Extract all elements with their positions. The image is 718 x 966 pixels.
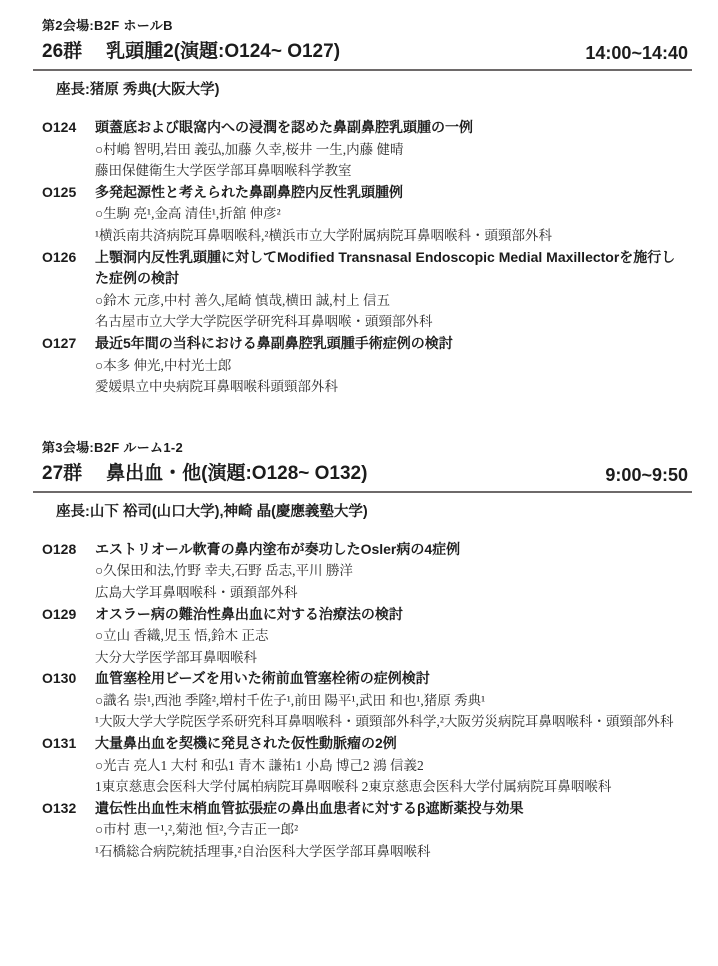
presentation-affiliation: ¹石橋総合病院統括理事,²自治医科大学医学部耳鼻咽喉科	[95, 841, 688, 863]
presentation-id: O131	[42, 733, 95, 755]
presentation-entry: O125 多発起源性と考えられた鼻副鼻腔内反性乳頭腫例 ○生駒 亮¹,金高 清佳…	[42, 182, 688, 247]
presentation-authors: ○本多 伸光,中村光士郎	[95, 355, 688, 377]
presentation-title: オスラー病の難治性鼻出血に対する治療法の検討	[95, 604, 688, 626]
header-divider	[33, 69, 692, 71]
presentation-id: O124	[42, 117, 95, 139]
presentation-title: 頭蓋底および眼窩内への浸潤を認めた鼻副鼻腔乳頭腫の一例	[95, 117, 688, 139]
presentation-title: 遺伝性出血性末梢血管拡張症の鼻出血患者に対するβ遮断薬投与効果	[95, 798, 688, 820]
presentation-entry: O124 頭蓋底および眼窩内への浸潤を認めた鼻副鼻腔乳頭腫の一例 ○村嶋 智明,…	[42, 117, 688, 182]
chair-line: 座長:猪原 秀典(大阪大学)	[56, 80, 688, 100]
session-title: 鼻出血・他(演題:O128~ O132)	[106, 463, 367, 484]
presentation-content: 遺伝性出血性末梢血管拡張症の鼻出血患者に対するβ遮断薬投与効果 ○市村 恵一¹,…	[95, 798, 688, 863]
chair-line: 座長:山下 裕司(山口大学),神崎 晶(慶應義塾大学)	[56, 502, 688, 522]
presentation-title: 最近5年間の当科における鼻副鼻腔乳頭腫手術症例の検討	[95, 333, 688, 355]
presentation-id: O132	[42, 798, 95, 820]
presentation-authors: ○生駒 亮¹,金高 清佳¹,折舘 伸彦²	[95, 203, 688, 225]
header-divider	[33, 491, 692, 493]
presentation-title: 大量鼻出血を契機に発見された仮性動脈瘤の2例	[95, 733, 688, 755]
presentation-content: 最近5年間の当科における鼻副鼻腔乳頭腫手術症例の検討 ○本多 伸光,中村光士郎 …	[95, 333, 688, 398]
presentation-list: O128 エストリオール軟膏の鼻内塗布が奏功したOsler病の4症例 ○久保田和…	[42, 539, 688, 863]
session-block-27: 第3会場:B2F ルーム1-2 27群鼻出血・他(演題:O128~ O132) …	[42, 438, 688, 863]
session-title-line: 26群乳頭腫2(演題:O124~ O127)	[42, 39, 340, 66]
session-header: 26群乳頭腫2(演題:O124~ O127) 14:00~14:40	[42, 39, 688, 66]
session-title: 乳頭腫2(演題:O124~ O127)	[106, 41, 340, 62]
presentation-id: O126	[42, 247, 95, 269]
presentation-entry: O129 オスラー病の難治性鼻出血に対する治療法の検討 ○立山 香織,児玉 悟,…	[42, 604, 688, 669]
session-header: 27群鼻出血・他(演題:O128~ O132) 9:00~9:50	[42, 461, 688, 488]
presentation-title: 上顎洞内反性乳頭腫に対してModified Transnasal Endosco…	[95, 247, 688, 290]
presentation-affiliation: 名古屋市立大学大学院医学研究科耳鼻咽喉・頭頸部外科	[95, 311, 688, 333]
presentation-id: O128	[42, 539, 95, 561]
presentation-content: 上顎洞内反性乳頭腫に対してModified Transnasal Endosco…	[95, 247, 688, 333]
presentation-affiliation: 1東京慈恵会医科大学付属柏病院耳鼻咽喉科 2東京慈恵会医科大学付属病院耳鼻咽喉科	[95, 776, 688, 798]
presentation-entry: O128 エストリオール軟膏の鼻内塗布が奏功したOsler病の4症例 ○久保田和…	[42, 539, 688, 604]
presentation-content: 大量鼻出血を契機に発見された仮性動脈瘤の2例 ○光吉 亮人1 大村 和弘1 青木…	[95, 733, 688, 798]
presentation-content: 血管塞栓用ビーズを用いた術前血管塞栓術の症例検討 ○識名 崇¹,西池 季隆²,増…	[95, 668, 688, 733]
session-group: 26群	[42, 41, 82, 62]
venue-label: 第3会場:B2F ルーム1-2	[42, 438, 688, 457]
presentation-authors: ○光吉 亮人1 大村 和弘1 青木 謙祐1 小島 博己2 鴻 信義2	[95, 755, 688, 777]
presentation-entry: O127 最近5年間の当科における鼻副鼻腔乳頭腫手術症例の検討 ○本多 伸光,中…	[42, 333, 688, 398]
presentation-content: エストリオール軟膏の鼻内塗布が奏功したOsler病の4症例 ○久保田和法,竹野 …	[95, 539, 688, 604]
presentation-authors: ○立山 香織,児玉 悟,鈴木 正志	[95, 625, 688, 647]
conference-program-page: 第2会場:B2F ホールB 26群乳頭腫2(演題:O124~ O127) 14:…	[0, 0, 718, 863]
presentation-content: 多発起源性と考えられた鼻副鼻腔内反性乳頭腫例 ○生駒 亮¹,金高 清佳¹,折舘 …	[95, 182, 688, 247]
presentation-affiliation: 藤田保健衛生大学医学部耳鼻咽喉科学教室	[95, 160, 688, 182]
session-time: 14:00~14:40	[585, 40, 688, 66]
presentation-id: O129	[42, 604, 95, 626]
presentation-entry: O126 上顎洞内反性乳頭腫に対してModified Transnasal En…	[42, 247, 688, 333]
session-time: 9:00~9:50	[605, 462, 688, 488]
presentation-entry: O130 血管塞栓用ビーズを用いた術前血管塞栓術の症例検討 ○識名 崇¹,西池 …	[42, 668, 688, 733]
presentation-id: O130	[42, 668, 95, 690]
presentation-id: O125	[42, 182, 95, 204]
presentation-affiliation: ¹大阪大学大学院医学系研究科耳鼻咽喉科・頭頸部外科学,²大阪労災病院耳鼻咽喉科・…	[95, 711, 688, 733]
presentation-authors: ○市村 恵一¹,²,菊池 恒²,今吉正一郎²	[95, 819, 688, 841]
presentation-authors: ○鈴木 元彦,中村 善久,尾崎 慎哉,横田 誠,村上 信五	[95, 290, 688, 312]
presentation-affiliation: ¹横浜南共済病院耳鼻咽喉科,²横浜市立大学附属病院耳鼻咽喉科・頭頸部外科	[95, 225, 688, 247]
presentation-affiliation: 愛媛県立中央病院耳鼻咽喉科頭頸部外科	[95, 376, 688, 398]
presentation-id: O127	[42, 333, 95, 355]
presentation-content: オスラー病の難治性鼻出血に対する治療法の検討 ○立山 香織,児玉 悟,鈴木 正志…	[95, 604, 688, 669]
presentation-title: エストリオール軟膏の鼻内塗布が奏功したOsler病の4症例	[95, 539, 688, 561]
presentation-entry: O131 大量鼻出血を契機に発見された仮性動脈瘤の2例 ○光吉 亮人1 大村 和…	[42, 733, 688, 798]
presentation-title: 多発起源性と考えられた鼻副鼻腔内反性乳頭腫例	[95, 182, 688, 204]
presentation-list: O124 頭蓋底および眼窩内への浸潤を認めた鼻副鼻腔乳頭腫の一例 ○村嶋 智明,…	[42, 117, 688, 398]
session-title-line: 27群鼻出血・他(演題:O128~ O132)	[42, 461, 367, 488]
session-group: 27群	[42, 463, 82, 484]
presentation-entry: O132 遺伝性出血性末梢血管拡張症の鼻出血患者に対するβ遮断薬投与効果 ○市村…	[42, 798, 688, 863]
session-block-26: 第2会場:B2F ホールB 26群乳頭腫2(演題:O124~ O127) 14:…	[42, 16, 688, 398]
presentation-title: 血管塞栓用ビーズを用いた術前血管塞栓術の症例検討	[95, 668, 688, 690]
venue-label: 第2会場:B2F ホールB	[42, 16, 688, 35]
presentation-content: 頭蓋底および眼窩内への浸潤を認めた鼻副鼻腔乳頭腫の一例 ○村嶋 智明,岩田 義弘…	[95, 117, 688, 182]
presentation-affiliation: 広島大学耳鼻咽喉科・頭頚部外科	[95, 582, 688, 604]
presentation-authors: ○村嶋 智明,岩田 義弘,加藤 久幸,桜井 一生,内藤 健晴	[95, 139, 688, 161]
presentation-authors: ○久保田和法,竹野 幸夫,石野 岳志,平川 勝洋	[95, 560, 688, 582]
presentation-affiliation: 大分大学医学部耳鼻咽喉科	[95, 647, 688, 669]
presentation-authors: ○識名 崇¹,西池 季隆²,増村千佐子¹,前田 陽平¹,武田 和也¹,猪原 秀典…	[95, 690, 688, 712]
